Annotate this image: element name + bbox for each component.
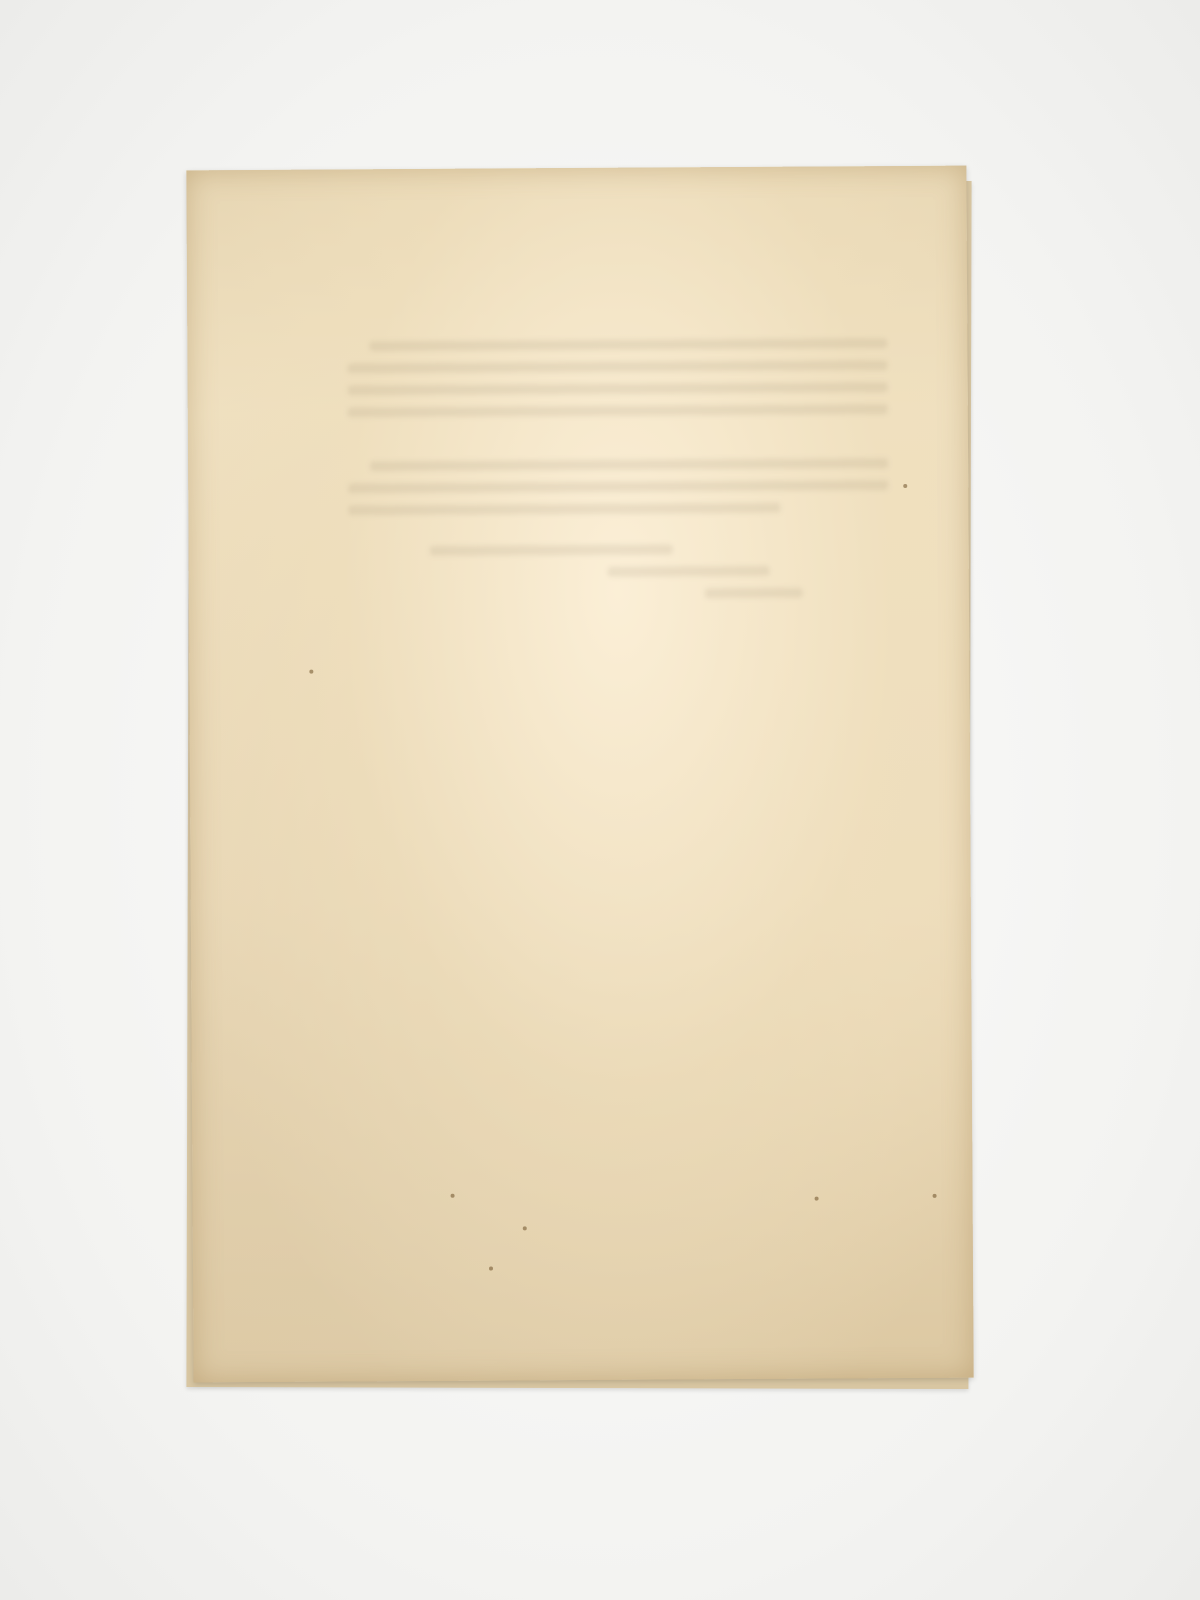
foxing-spot bbox=[903, 484, 907, 488]
foxing-spot bbox=[309, 670, 313, 674]
foxing-spot bbox=[523, 1226, 527, 1230]
bleed-through-paragraph-1 bbox=[347, 326, 888, 429]
foxing-spot bbox=[933, 1194, 937, 1198]
bleed-through-paragraph-2 bbox=[348, 446, 888, 527]
foxing-spot bbox=[489, 1267, 493, 1271]
foxing-spot bbox=[451, 1194, 455, 1198]
aged-paper-sheet bbox=[186, 166, 973, 1383]
foxing-spot bbox=[815, 1197, 819, 1201]
bleed-through-signature bbox=[349, 531, 889, 612]
